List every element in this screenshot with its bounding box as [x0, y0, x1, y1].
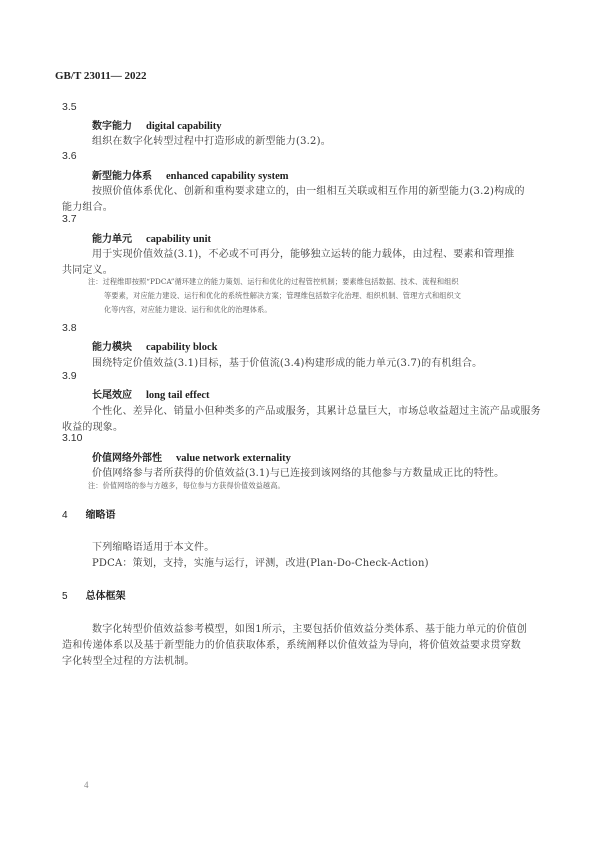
- section-line: PDCA：策划，支持，实施与运行，评测，改进(Plan-Do-Check-Act…: [92, 554, 429, 569]
- term-number: 3.10: [62, 432, 82, 444]
- term-number: 3.5: [62, 101, 77, 113]
- note-line: 化等内容，对应能力建设、运行和优化的治理体系。: [104, 305, 272, 315]
- definition-line: 用于实现价值效益(3.1)，不必或不可再分，能够独立运转的能力载体，由过程、要素…: [92, 245, 515, 260]
- term-zh: 新型能力体系: [92, 171, 152, 182]
- note-line: 注：价值网络的参与方越多，每位参与方获得价值效益越高。: [88, 481, 285, 491]
- section-title: 总体框架: [86, 591, 126, 602]
- definition-line: 价值网络参与者所获得的价值效益(3.1)与已连接到该网络的其他参与方数量成正比的…: [92, 464, 504, 479]
- term-heading: 能力模块capability block: [92, 338, 217, 353]
- section-line: 下列缩略语适用于本文件。: [92, 538, 214, 553]
- term-en: capability block: [146, 342, 217, 353]
- definition-line: 组织在数字化转型过程中打造形成的新型能力(3.2)。: [92, 132, 331, 147]
- definition-line: 收益的现象。: [62, 418, 123, 433]
- definition-line: 共同定义。: [62, 261, 113, 276]
- section-line: 造和传递体系以及基于新型能力的价值获取体系，系统阐释以价值效益为导向，将价值效益…: [62, 636, 521, 651]
- term-heading: 长尾效应long tail effect: [92, 386, 210, 401]
- section-line: 字化转型全过程的方法机制。: [62, 652, 195, 667]
- definition-line: 能力组合。: [62, 198, 113, 213]
- page-number: 4: [84, 780, 89, 790]
- term-en: capability unit: [146, 234, 211, 245]
- term-zh: 价值网络外部性: [92, 453, 162, 464]
- section-line: 数字化转型价值效益参考模型，如图1所示，主要包括价值效益分类体系、基于能力单元的…: [92, 620, 527, 635]
- term-number: 3.8: [62, 322, 77, 334]
- term-zh: 长尾效应: [92, 390, 132, 401]
- section-heading: 5总体框架: [62, 587, 126, 602]
- term-zh: 能力模块: [92, 342, 132, 353]
- term-number: 3.7: [62, 213, 77, 225]
- term-number: 3.6: [62, 150, 77, 162]
- section-heading: 4缩略语: [62, 506, 116, 521]
- term-en: digital capability: [146, 121, 222, 132]
- definition-line: 围绕特定价值效益(3.1)目标，基于价值流(3.4)构建形成的能力单元(3.7)…: [92, 354, 482, 369]
- term-heading: 能力单元capability unit: [92, 230, 211, 245]
- definition-line: 个性化、差异化、销量小但种类多的产品或服务，其累计总量巨大，市场总收益超过主流产…: [92, 402, 541, 417]
- term-en: long tail effect: [146, 390, 210, 401]
- term-en: enhanced capability system: [166, 171, 289, 182]
- term-heading: 数字能力digital capability: [92, 117, 222, 132]
- term-heading: 新型能力体系enhanced capability system: [92, 167, 289, 182]
- term-zh: 数字能力: [92, 121, 132, 132]
- standard-code-header: GB/T 23011— 2022: [55, 70, 146, 82]
- section-title: 缩略语: [86, 510, 116, 521]
- term-en: value network externality: [176, 453, 291, 464]
- section-number: 4: [62, 510, 68, 521]
- term-number: 3.9: [62, 370, 77, 382]
- term-heading: 价值网络外部性value network externality: [92, 449, 291, 464]
- note-line: 等要素，对应能力建设、运行和优化的系统性解决方案；管理维包括数字化治理、组织机制…: [104, 291, 461, 301]
- definition-line: 按照价值体系优化、创新和重构要求建立的，由一组相互关联或相互作用的新型能力(3.…: [92, 182, 525, 197]
- section-number: 5: [62, 591, 68, 602]
- term-zh: 能力单元: [92, 234, 132, 245]
- note-line: 注：过程维即按照“PDCA”循环建立的能力策划、运行和优化的过程管控机制；要素维…: [88, 277, 459, 287]
